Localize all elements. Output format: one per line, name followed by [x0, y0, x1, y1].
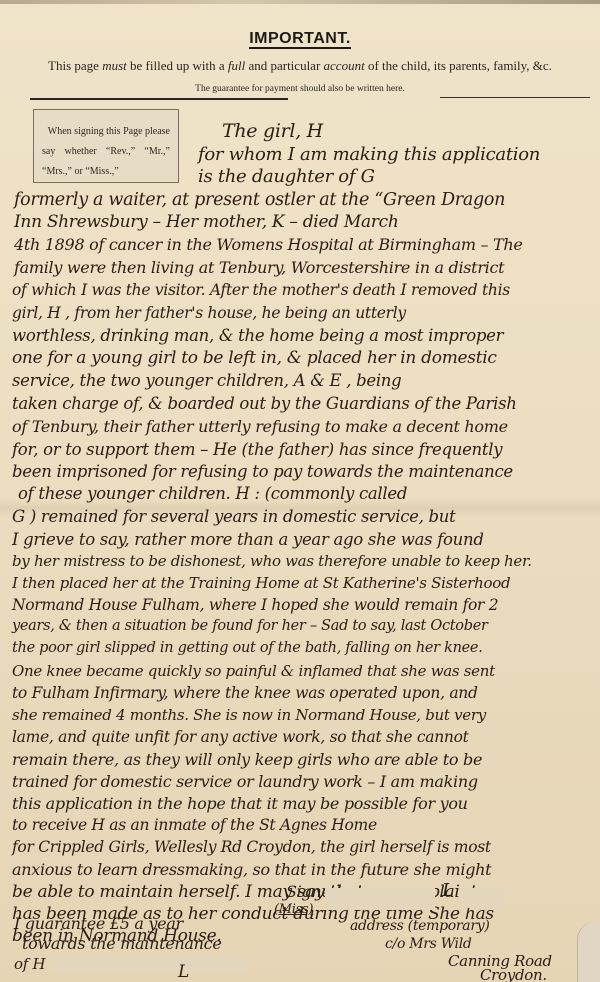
guarantee-initial: L — [178, 962, 189, 982]
page-title: IMPORTANT. — [0, 30, 600, 48]
signing-word: “Rev.,” — [106, 142, 135, 162]
letter-line: 4th 1898 of cancer in the Womens Hospita… — [14, 235, 523, 254]
letter-line: girl, H , from her father's house, he be… — [12, 304, 406, 322]
instruction-part: and particular — [245, 58, 323, 73]
letter-line: trained for domestic service or laundry … — [12, 772, 478, 791]
divider-rule — [30, 98, 288, 100]
letter-line: for whom I am making this application — [198, 144, 540, 165]
letter-line: family were then living at Tenbury, Worc… — [14, 258, 504, 277]
instruction-emphasis: must — [102, 58, 127, 73]
signing-line-1: When signing this Page please — [42, 122, 170, 142]
letter-line: anxious to learn dressmaking, so that in… — [12, 860, 491, 879]
signature-title-text: (Miss) — [274, 902, 313, 917]
signature-initial: L — [442, 880, 454, 901]
letter-line: service, the two younger children, A & E… — [12, 371, 401, 390]
letter-line: remain there, as they will only keep gir… — [12, 750, 482, 769]
letter-line: The girl, H — [222, 120, 323, 142]
letter-line: G ) remained for several years in domest… — [12, 507, 455, 526]
instruction-emphasis: account — [324, 58, 365, 73]
letter-line: to receive H as an inmate of the St Agne… — [12, 816, 377, 834]
address-line-1: c/o Mrs Wild — [385, 936, 472, 952]
letter-line: of Tenbury, their father utterly refusin… — [12, 417, 508, 436]
signature-title: (Miss) — [274, 902, 313, 917]
letter-line: taken charge of, & boarded out by the Gu… — [12, 394, 517, 413]
instruction-part: be filled up with a — [127, 58, 228, 73]
address-line-3: Croydon. — [480, 966, 547, 982]
guarantee-line-3: of H — [14, 955, 45, 973]
letter-line: this application in the hope that it may… — [12, 794, 468, 813]
letter-line: the poor girl slipped in getting out of … — [12, 640, 483, 656]
letter-line: to Fulham Infirmary, where the knee was … — [12, 684, 478, 702]
letter-line: One knee became quickly so painful & inf… — [12, 662, 495, 680]
letter-page: IMPORTANT. This page must be filled up w… — [0, 0, 600, 982]
letter-line: worthless, drinking man, & the home bein… — [12, 326, 503, 345]
letter-line: years, & then a situation be found for h… — [12, 618, 488, 634]
instruction-part: This page — [48, 58, 102, 73]
signing-word: “Mr.,” — [144, 142, 170, 162]
letter-line: formerly a waiter, at present ostler at … — [14, 190, 505, 210]
letter-line: for Crippled Girls, Wellesly Rd Croydon,… — [12, 838, 491, 856]
guarantee-line-2: towards the maintenance — [22, 934, 221, 953]
letter-line: one for a young girl to be left in, & pl… — [12, 348, 497, 368]
letter-line: of which I was the visitor. After the mo… — [12, 281, 510, 299]
redacted-guarantee-name — [50, 956, 250, 972]
signing-line-2: say whether “Rev.,” “Mr.,” — [42, 142, 170, 162]
letter-line: Normand House Fulham, where I hoped she … — [12, 596, 498, 614]
divider-rule — [440, 97, 590, 98]
guarantee-note: The guarantee for payment should also be… — [0, 84, 600, 94]
letter-line: she remained 4 months. She is now in Nor… — [12, 706, 486, 724]
instruction-part: of the child, its parents, family, &c. — [365, 58, 552, 73]
title-text: IMPORTANT. — [249, 30, 351, 49]
letter-line: by her mistress to be dishonest, who was… — [12, 552, 532, 570]
instruction-emphasis: full — [228, 58, 245, 73]
paper-corner-curl — [577, 922, 600, 982]
signing-instructions-box: When signing this Page please say whethe… — [33, 109, 179, 183]
letter-line: Inn Shrewsbury – Her mother, K – died Ma… — [14, 212, 399, 232]
letter-line: lame, and quite unfit for any active wor… — [12, 728, 469, 746]
letter-line: for, or to support them – He (the father… — [12, 440, 502, 459]
instruction-text: This page must be filled up with a full … — [0, 58, 600, 74]
letter-line: been imprisoned for refusing to pay towa… — [12, 462, 513, 481]
letter-line: I then placed her at the Training Home a… — [12, 574, 510, 592]
redacted-signature-surname — [460, 888, 508, 908]
signing-word: say — [42, 142, 55, 162]
signing-line-3: “Mrs.,” or “Miss.,” — [42, 162, 170, 182]
letter-line: is the daughter of G — [198, 166, 375, 187]
letter-line: of these younger children. H : (commonly… — [18, 484, 407, 503]
signing-word: whether — [65, 142, 97, 162]
address-label: address (temporary) — [350, 918, 490, 934]
guarantee-line-1: I guarantee £5 a year — [14, 914, 183, 933]
redacted-signature-name — [325, 888, 435, 910]
letter-line: I grieve to say, rather more than a year… — [12, 530, 484, 549]
